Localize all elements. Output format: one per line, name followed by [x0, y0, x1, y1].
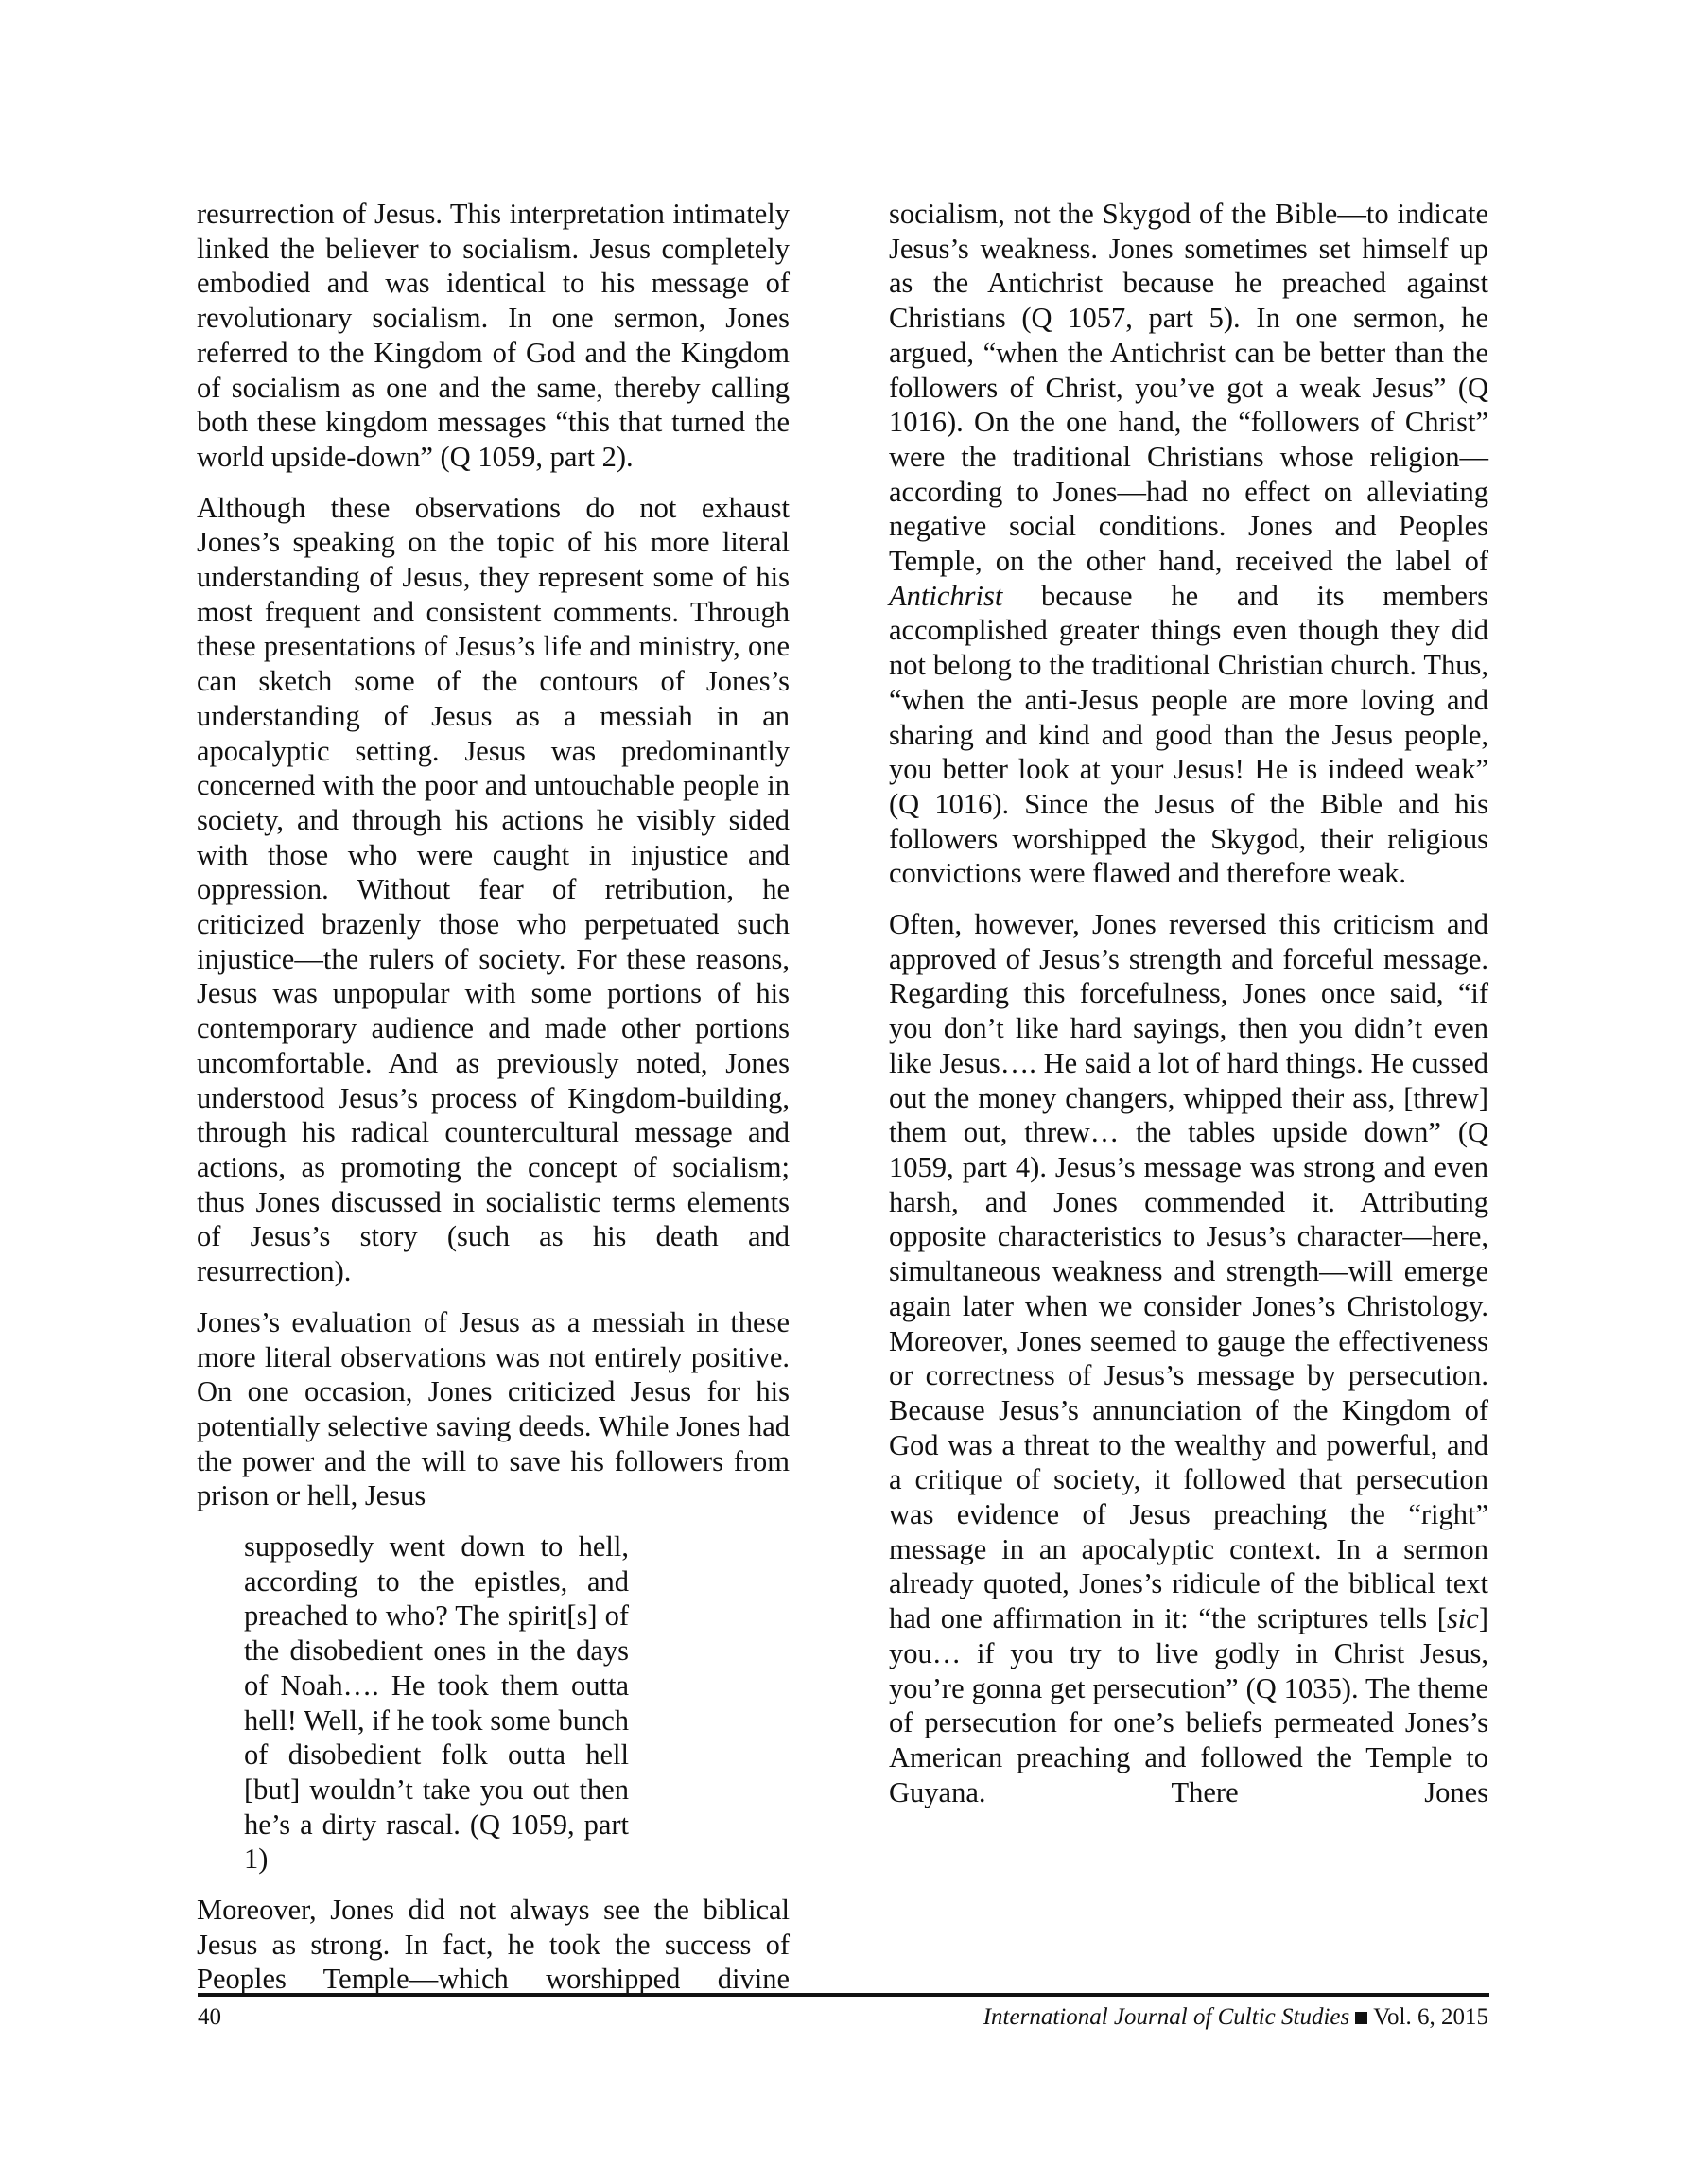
paragraph: Moreover, Jones did not always see the b… — [197, 1893, 790, 1997]
block-quote: supposedly went down to hell, according … — [197, 1529, 629, 1877]
italic-term: Antichrist — [889, 580, 1002, 612]
paragraph: Although these observations do not exhau… — [197, 491, 790, 1289]
paragraph: resurrection of Jesus. This interpretati… — [197, 197, 790, 475]
paragraph: Jones’s evaluation of Jesus as a messiah… — [197, 1305, 790, 1513]
document-page: resurrection of Jesus. This interpretati… — [0, 0, 1687, 2184]
journal-title: International Journal of Cultic Studies — [983, 2004, 1349, 2030]
running-footer: International Journal of Cultic StudiesV… — [983, 2003, 1488, 2032]
paragraph-text: socialism, not the Skygod of the Bible—t… — [889, 198, 1488, 577]
right-column: socialism, not the Skygod of the Bible—t… — [889, 197, 1488, 1826]
volume-info: Vol. 6, 2015 — [1373, 2004, 1488, 2030]
black-square-icon — [1355, 2012, 1367, 2024]
footer-rule — [198, 1993, 1489, 1997]
paragraph-text: Often, however, Jones reversed this crit… — [889, 908, 1488, 1634]
paragraph: Often, however, Jones reversed this crit… — [889, 907, 1488, 1809]
page-number: 40 — [198, 2003, 221, 2032]
italic-term: sic — [1447, 1602, 1479, 1634]
paragraph: socialism, not the Skygod of the Bible—t… — [889, 197, 1488, 891]
paragraph-text: because he and its members accomplished … — [889, 580, 1488, 890]
left-column: resurrection of Jesus. This interpretati… — [197, 197, 790, 2013]
